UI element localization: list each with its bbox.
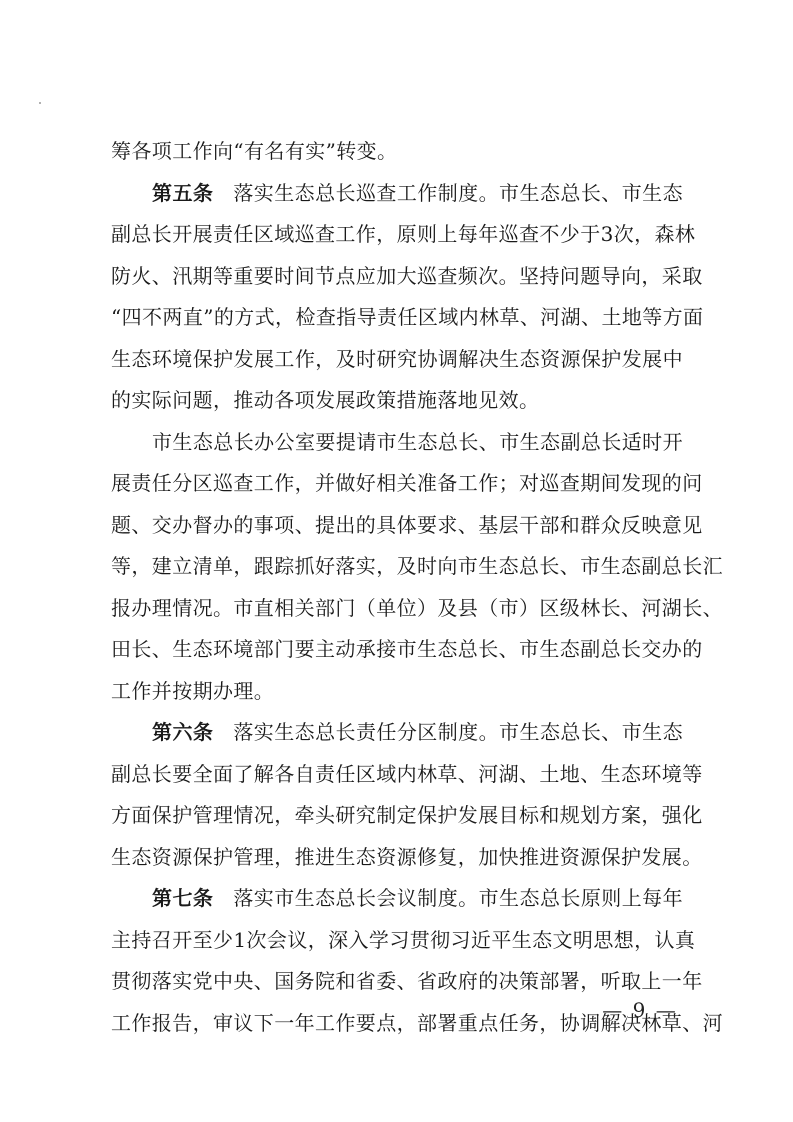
line-text: 生态资源保护管理，推进生态资源修复，加快推进资源保护发展。	[111, 845, 703, 869]
article-heading-line: 第六条落实生态总长责任分区制度。市生态总长、市生态	[111, 712, 683, 754]
text-line: 副总长开展责任区域巡查工作，原则上每年巡查不少于3次，森林	[111, 214, 683, 256]
line-text: 田长、生态环境部门要主动承接市生态总长、市生态副总长交办的	[111, 637, 703, 661]
line-text: 落实市生态总长会议制度。市生态总长原则上每年	[233, 886, 683, 910]
article-heading-line: 第七条落实市生态总长会议制度。市生态总长原则上每年	[111, 878, 683, 920]
text-line: 贯彻落实党中央、国务院和省委、省政府的决策部署，听取上一年	[111, 961, 683, 1003]
line-text: 方面保护管理情况，牵头研究制定保护发展目标和规划方案，强化	[111, 803, 703, 827]
document-body: 筹各项工作向“有名有实”转变。第五条落实生态总长巡查工作制度。市生态总长、市生态…	[111, 131, 683, 1044]
text-line: 主持召开至少1次会议，深入学习贯彻习近平生态文明思想，认真	[111, 920, 683, 962]
text-line: 筹各项工作向“有名有实”转变。	[111, 131, 683, 173]
line-text: 展责任分区巡查工作，并做好相关准备工作；对巡查期间发现的问	[111, 471, 703, 495]
line-text: 等，建立清单，跟踪抓好落实，及时向市生态总长、市生态副总长汇	[111, 554, 723, 578]
line-text: “四不两直”的方式，检查指导责任区域内林草、河湖、土地等方面	[111, 305, 703, 329]
line-text: 市生态总长办公室要提请市生态总长、市生态副总长适时开	[152, 430, 683, 454]
line-text: 副总长要全面了解各自责任区域内林草、河湖、土地、生态环境等	[111, 762, 703, 786]
text-line: 生态资源保护管理，推进生态资源修复，加快推进资源保护发展。	[111, 837, 683, 879]
text-line: 等，建立清单，跟踪抓好落实，及时向市生态总长、市生态副总长汇	[111, 546, 683, 588]
text-line: 生态环境保护发展工作，及时研究协调解决生态资源保护发展中	[111, 339, 683, 381]
article-number: 第六条	[152, 720, 213, 744]
scan-speck	[39, 102, 41, 104]
line-text: 落实生态总长巡查工作制度。市生态总长、市生态	[233, 181, 683, 205]
article-number: 第五条	[152, 181, 213, 205]
line-text: 题、交办督办的事项、提出的具体要求、基层干部和群众反映意见	[111, 513, 703, 537]
document-page: 筹各项工作向“有名有实”转变。第五条落实生态总长巡查工作制度。市生态总长、市生态…	[0, 0, 793, 1122]
page-number: — 9 —	[600, 998, 680, 1022]
text-line: 工作并按期办理。	[111, 671, 683, 713]
text-line: 的实际问题，推动各项发展政策措施落地见效。	[111, 380, 683, 422]
line-text: 工作并按期办理。	[111, 679, 274, 703]
text-line: 题、交办督办的事项、提出的具体要求、基层干部和群众反映意见	[111, 505, 683, 547]
line-text: 报办理情况。市直相关部门（单位）及县（市）区级林长、河湖长、	[111, 596, 723, 620]
article-number: 第七条	[152, 886, 213, 910]
text-line: 报办理情况。市直相关部门（单位）及县（市）区级林长、河湖长、	[111, 588, 683, 630]
line-text: 落实生态总长责任分区制度。市生态总长、市生态	[233, 720, 683, 744]
text-line: 市生态总长办公室要提请市生态总长、市生态副总长适时开	[111, 422, 683, 464]
article-heading-line: 第五条落实生态总长巡查工作制度。市生态总长、市生态	[111, 173, 683, 215]
line-text: 主持召开至少1次会议，深入学习贯彻习近平生态文明思想，认真	[111, 928, 695, 952]
line-text: 副总长开展责任区域巡查工作，原则上每年巡查不少于3次，森林	[111, 222, 695, 246]
line-text: 防火、汛期等重要时间节点应加大巡查频次。坚持问题导向，采取	[111, 264, 703, 288]
text-line: “四不两直”的方式，检查指导责任区域内林草、河湖、土地等方面	[111, 297, 683, 339]
line-text: 贯彻落实党中央、国务院和省委、省政府的决策部署，听取上一年	[111, 969, 703, 993]
line-text: 生态环境保护发展工作，及时研究协调解决生态资源保护发展中	[111, 347, 683, 371]
line-text: 筹各项工作向“有名有实”转变。	[111, 139, 397, 163]
text-line: 田长、生态环境部门要主动承接市生态总长、市生态副总长交办的	[111, 629, 683, 671]
text-line: 副总长要全面了解各自责任区域内林草、河湖、土地、生态环境等	[111, 754, 683, 796]
text-line: 工作报告，审议下一年工作要点，部署重点任务，协调解决林草、河	[111, 1003, 683, 1045]
text-line: 防火、汛期等重要时间节点应加大巡查频次。坚持问题导向，采取	[111, 256, 683, 298]
text-line: 展责任分区巡查工作，并做好相关准备工作；对巡查期间发现的问	[111, 463, 683, 505]
line-text: 的实际问题，推动各项发展政策措施落地见效。	[111, 388, 539, 412]
text-line: 方面保护管理情况，牵头研究制定保护发展目标和规划方案，强化	[111, 795, 683, 837]
